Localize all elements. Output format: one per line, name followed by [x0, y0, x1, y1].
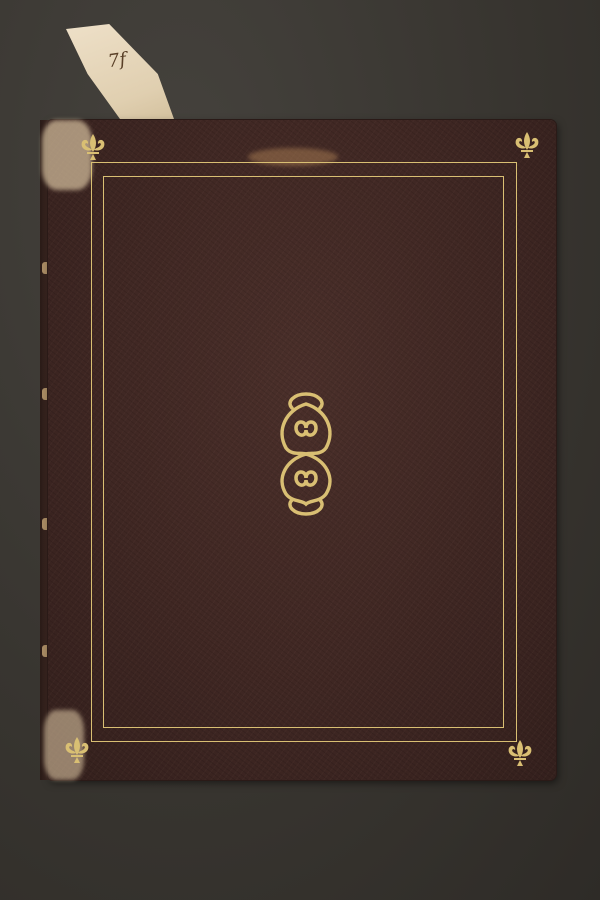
fleur-de-lis-icon — [505, 738, 535, 768]
arabesque-centerpiece-icon — [272, 390, 340, 518]
fleur-de-lis-icon — [62, 735, 92, 765]
fleur-de-lis-icon — [512, 130, 542, 160]
tab-label: 7f — [107, 49, 128, 72]
fleur-de-lis-icon — [78, 132, 108, 162]
